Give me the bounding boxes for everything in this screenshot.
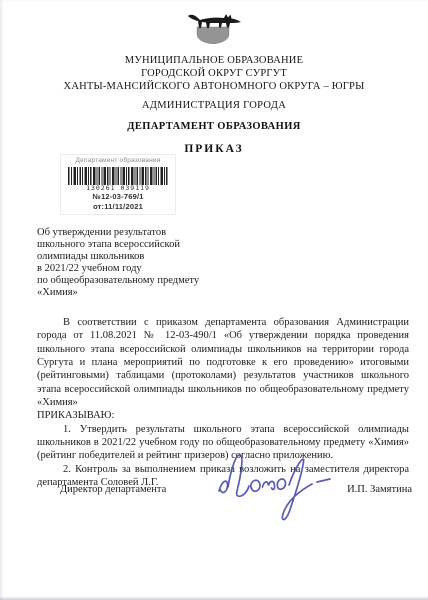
signature-name: И.П. Замятина xyxy=(347,483,412,496)
org-name-line-1: МУНИЦИПАЛЬНОЕ ОБРАЗОВАНИЕ xyxy=(0,54,428,67)
subject-line-2: школьного этапа всероссийской xyxy=(37,239,277,251)
stamp-department-label: Департамент образования xyxy=(61,157,175,165)
registration-stamp: Департамент образования 130261 039119 №1… xyxy=(60,154,176,215)
registration-date: от:11/11/2021 xyxy=(61,202,175,212)
org-name-block: МУНИЦИПАЛЬНОЕ ОБРАЗОВАНИЕ ГОРОДСКОЙ ОКРУ… xyxy=(0,54,428,93)
registration-number: №12-03-769/1 xyxy=(61,192,175,202)
page-edge-shadow xyxy=(0,596,428,600)
emblem-shield xyxy=(197,27,229,44)
subject-line-6: «Химия» xyxy=(37,287,277,299)
subject-block: Об утверждении результатов школьного эта… xyxy=(37,227,277,298)
org-name-line-2: ГОРОДСКОЙ ОКРУГ СУРГУТ xyxy=(0,67,428,80)
subject-line-5: по общеобразовательному предмету xyxy=(37,275,277,287)
body-paragraph-1: В соответствии с приказом департамента о… xyxy=(37,316,409,409)
barcode-icon xyxy=(68,167,168,185)
subject-line-1: Об утверждении результатов xyxy=(37,227,277,239)
signature-title: Директор департамента xyxy=(60,483,166,496)
document-page: МУНИЦИПАЛЬНОЕ ОБРАЗОВАНИЕ ГОРОДСКОЙ ОКРУ… xyxy=(0,0,428,600)
subject-line-3: олимпиады школьников xyxy=(37,251,277,263)
department-line: ДЕПАРТАМЕНТ ОБРАЗОВАНИЯ xyxy=(0,120,428,133)
emblem-fox xyxy=(188,14,241,28)
surgut-emblem-icon xyxy=(186,12,242,44)
org-name-line-3: ХАНТЫ-МАНСИЙСКОГО АВТОНОМНОГО ОКРУГА – Ю… xyxy=(0,80,428,93)
order-word: ПРИКАЗЫВАЮ: xyxy=(37,409,409,422)
administration-line: АДМИНИСТРАЦИЯ ГОРОДА xyxy=(0,99,428,112)
subject-line-4: в 2021/22 учебном году xyxy=(37,263,277,275)
barcode-digits: 130261 039119 xyxy=(61,185,175,192)
signature-ink xyxy=(213,449,335,541)
